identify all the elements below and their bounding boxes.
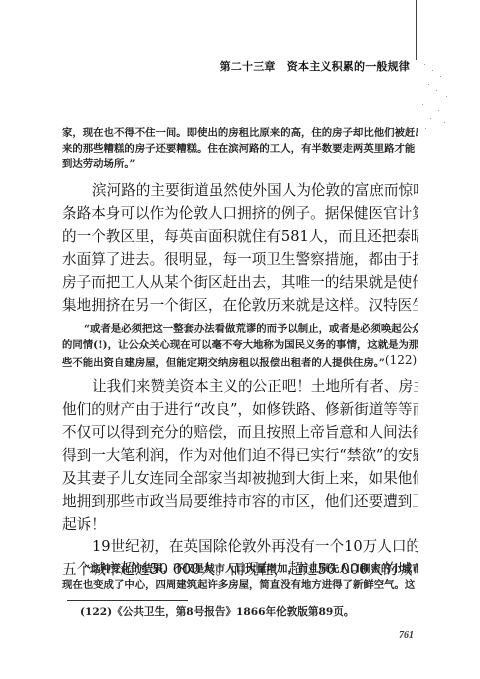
quote-line: 现在也变成了中心，四周建筑起许多房屋，简直没有地方进得了新鲜空气。这 xyxy=(62,578,418,594)
body-line: 水面算了进去。很明显，每一项卫生警察措施，都由于拆毁不适用的 xyxy=(62,248,418,271)
body-line: 让我们来赞美资本主义的公正吧！土地所有者、房主、实业家，在 xyxy=(62,375,418,398)
paragraph-2: 让我们来赞美资本主义的公正吧！土地所有者、房主、实业家，在 他们的财产由于进行“… xyxy=(62,375,418,536)
quote-line: 到达劳动场所。” xyxy=(62,157,418,173)
body-line: 他们的财产由于进行“改良”，如修铁路、修新街道等等而被征用时， xyxy=(62,398,418,421)
body-line: 起诉！ xyxy=(62,513,418,536)
body-line: 地拥到那些市政当局要维持市容的市区，他们还要遭到卫生警察的 xyxy=(62,490,418,513)
paragraph-1: 滨河路的主要街道虽然使外国人为伦敦的富庶而惊叹，但是这 条路本身可以作为伦敦人口… xyxy=(62,179,418,317)
body-line: 不仅可以得到充分的赔偿，而且按照上帝旨意和人间法律，他们还应 xyxy=(62,421,418,444)
binding-edge-line xyxy=(416,0,417,60)
footnote-separator xyxy=(67,600,188,601)
quote-line: “或者是必须把这一整套办法看做荒谬的而予以制止，或者是必须唤起公众 xyxy=(62,322,418,338)
quote-block-2: “或者是必须把这一整套办法看做荒谬的而予以制止，或者是必须唤起公众 的同情(!)… xyxy=(62,322,418,372)
page-number: 761 xyxy=(399,630,414,641)
body-line: 得到一大笔利润，作为对他们迫不得已实行“禁欲”的安慰。而工人 xyxy=(62,444,418,467)
footnote-122: (122)《公共卫生，第8号报告》1866年伦敦版第89页。 xyxy=(80,604,354,619)
quote-line: 来的那些糟糕的房子还要糟糕。住在滨河路的工人，有半数要走两英里路才能 xyxy=(62,142,418,158)
quote-block-3: “这种变化的结果，不仅是城市人口大量增加，而且原先人口稠密的小城市 现在也变成了… xyxy=(62,562,418,593)
quote-block-1: 家，现在也不得不住一间。即使出的房租比原来的高，住的房子却比他们被赶出 来的那些… xyxy=(62,126,418,173)
footnote-reference[interactable]: (122) xyxy=(385,353,417,367)
quote-line: 的同情(!)，让公众关心现在可以毫不夸大地称为国民义务的事情，这就是为那 xyxy=(62,338,418,354)
quote-line: “这种变化的结果，不仅是城市人口大量增加，而且原先人口稠密的小城市 xyxy=(62,562,418,578)
quote-line: 些不能出资自建房屋，但能定期交纳房租以报偿出租者的人提供住房。”(122) xyxy=(62,353,418,372)
body-line: 房子而把工人从某个街区赶出去，其唯一的结果就是使他们更加密 xyxy=(62,271,418,294)
body-line: 集地拥挤在另一个街区，在伦敦历来就是这样。汉特医生说： xyxy=(62,294,418,317)
quote-line: 家，现在也不得不住一间。即使出的房租比原来的高，住的房子却比他们被赶出 xyxy=(62,126,418,142)
quote-text: 些不能出资自建房屋，但能定期交纳房租以报偿出租者的人提供住房。” xyxy=(62,357,385,369)
body-line: 及其妻子儿女连同全部家当却被抛到大街上来，如果他们过于大量 xyxy=(62,467,418,490)
body-line: 条路本身可以作为伦敦人口拥挤的例子。据保健医官计算，在滨河路 xyxy=(62,202,418,225)
body-line: 滨河路的主要街道虽然使外国人为伦敦的富庶而惊叹，但是这 xyxy=(62,179,418,202)
running-head: 第二十三章 资本主义积累的一般规律 xyxy=(220,58,410,74)
body-line: 的一个教区里，每英亩面积就住有581人，而且还把泰晤士河的一半 xyxy=(62,225,418,248)
body-line: 19世纪初，在英国除伦敦外再没有一个10万人口的城市。只有 xyxy=(62,535,418,558)
